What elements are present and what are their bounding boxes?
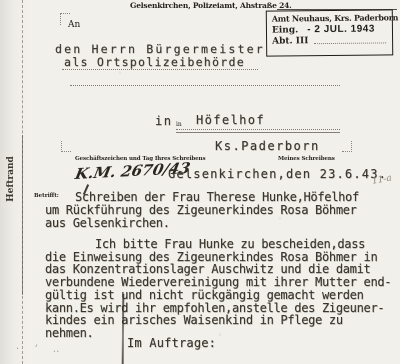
recipient-underline — [62, 69, 258, 70]
closing-label: Im Auftrage: — [127, 337, 216, 349]
form-dotted-rule — [70, 85, 340, 86]
body-line: Ich bitte Frau Hunke zu bescheiden,dass — [95, 238, 365, 250]
body-line: nehmen. — [45, 327, 93, 339]
an-label: An — [68, 20, 80, 30]
date-line: Gelsenkirchen,den 23.6.43. — [168, 168, 387, 180]
body-line: verbundene Wiedervereinigung mit ihrer M… — [45, 276, 391, 288]
pencil-note: 11-a — [371, 173, 392, 186]
subject-label: Betrifft: — [34, 193, 59, 199]
stamp-date: - 2 JUL. 1943 — [307, 24, 375, 36]
place-underline-dotted — [176, 129, 340, 130]
place-city: Höfelhof — [196, 114, 265, 126]
address-corner-mark-left — [61, 141, 71, 152]
letterhead-office-line: Gelsenkirchen, Polizeiamt, Ahstraße 24. — [130, 1, 292, 10]
place-district: Ks.Paderborn — [215, 140, 320, 152]
pencil-scribbles: · ʼ ‥ — [16, 344, 65, 355]
body-line: das Konzentrationslager Auschwitz und di… — [45, 263, 370, 275]
place-underline-solid — [176, 132, 340, 133]
receipt-stamp: Amt Neuhaus, Krs. Paderborn Eing. - 2 JU… — [266, 9, 393, 56]
address-corner-mark-right — [342, 141, 352, 152]
subject-line: aus Gelsenkirchen. — [45, 217, 170, 229]
recipient-line1: den Herrn Bürgermeister — [55, 43, 265, 55]
margin-fold-line-strong — [22, 135, 23, 295]
stamp-office-line: Amt Neuhaus, Krs. Paderborn — [272, 12, 388, 23]
subject-line: um Rückführung des Zigeunerkindes Rosa B… — [45, 204, 357, 216]
place-in-printed: in — [176, 121, 182, 128]
stamp-dotted-line — [314, 42, 386, 44]
recipient-line2: als Ortspolizeibehörde — [64, 56, 245, 68]
body-line: gültig ist und nicht rückgängig gemacht … — [45, 289, 364, 301]
place-in-typed: in — [155, 115, 172, 127]
stamp-eingang-label: Eing. — [272, 25, 298, 35]
body-line: kindes ein arisches Waisenkind in Pflege… — [45, 314, 343, 326]
paper-crease-line — [122, 294, 125, 364]
stamp-abteilung: Abt. III — [272, 36, 308, 46]
scanned-letter-page: Heftrand Gelsenkirchen, Polizeiamt, Ahst… — [0, 0, 400, 364]
subject-line: Schreiben der Frau Therese Hunke,Höfelho… — [75, 191, 359, 203]
heftrand-margin-label: Heftrand — [6, 144, 16, 214]
reference-right-printed: Meines Schreibens — [278, 156, 335, 162]
